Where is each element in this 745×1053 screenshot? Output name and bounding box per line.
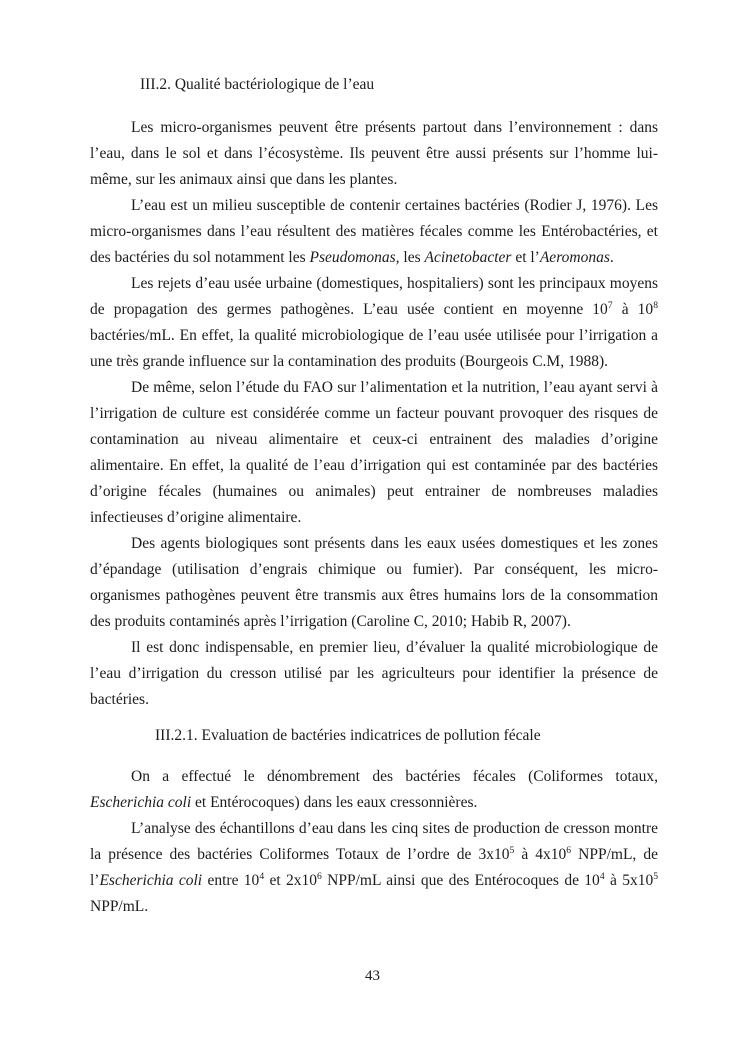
paragraph: Des agents biologiques sont présents dan…	[90, 531, 658, 635]
section-heading: III.2. Qualité bactériologique de l’eau	[140, 72, 658, 98]
paragraph: Il est donc indispensable, en premier li…	[90, 635, 658, 713]
document-content: III.2. Qualité bactériologique de l’eau …	[90, 72, 658, 920]
paragraph: Les micro-organismes peuvent être présen…	[90, 115, 658, 193]
paragraph: De même, selon l’étude du FAO sur l’alim…	[90, 375, 658, 531]
paragraph: On a effectué le dénombrement des bactér…	[90, 764, 658, 816]
paragraph: L’analyse des échantillons d’eau dans le…	[90, 816, 658, 920]
document-page: III.2. Qualité bactériologique de l’eau …	[0, 0, 745, 1053]
paragraph: Les rejets d’eau usée urbaine (domestiqu…	[90, 271, 658, 375]
page-number: 43	[0, 966, 745, 986]
subsection-heading: III.2.1. Evaluation de bactéries indicat…	[155, 723, 658, 749]
paragraph: L’eau est un milieu susceptible de conte…	[90, 193, 658, 271]
